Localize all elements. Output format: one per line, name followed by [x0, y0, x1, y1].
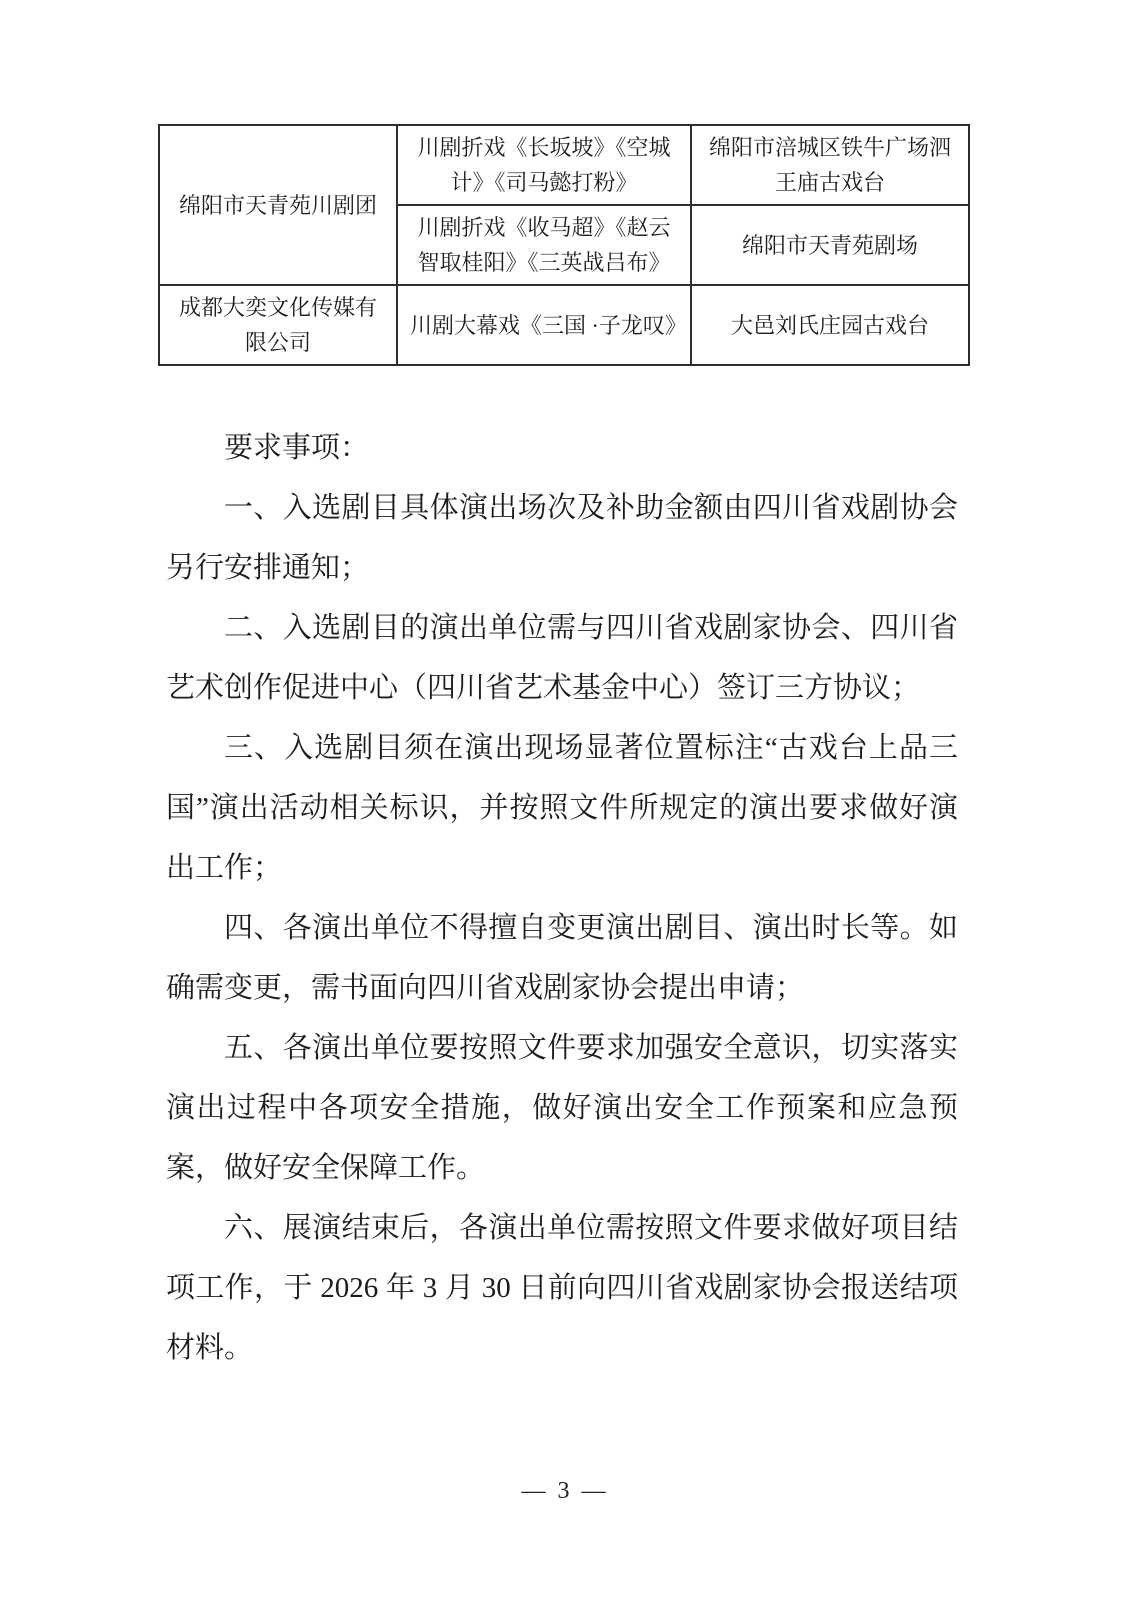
- requirement-item-6: 六、展演结束后，各演出单位需按照文件要求做好项目结项工作，于 2026 年 3 …: [166, 1198, 958, 1378]
- requirements-section: 要求事项： 一、入选剧目具体演出场次及补助金额由四川省戏剧协会另行安排通知； 二…: [166, 418, 958, 1378]
- requirement-item-5: 五、各演出单位要按照文件要求加强安全意识，切实落实演出过程中各项安全措施，做好演…: [166, 1018, 958, 1198]
- table-cell-play: 川剧折戏《长坂坡》《空城计》《司马懿打粉》: [397, 125, 691, 205]
- page-number: — 3 —: [0, 1478, 1130, 1505]
- requirement-item-1: 一、入选剧目具体演出场次及补助金额由四川省戏剧协会另行安排通知；: [166, 478, 958, 598]
- performance-table: 绵阳市天青苑川剧团 川剧折戏《长坂坡》《空城计》《司马懿打粉》 绵阳市涪城区铁牛…: [158, 124, 970, 366]
- table-cell-venue: 大邑刘氏庄园古戏台: [691, 285, 969, 365]
- table-cell-venue: 绵阳市涪城区铁牛广场泗王庙古戏台: [691, 125, 969, 205]
- table-cell-org: 绵阳市天青苑川剧团: [159, 125, 397, 285]
- requirement-item-4: 四、各演出单位不得擅自变更演出剧目、演出时长等。如确需变更，需书面向四川省戏剧家…: [166, 898, 958, 1018]
- table-row: 绵阳市天青苑川剧团 川剧折戏《长坂坡》《空城计》《司马懿打粉》 绵阳市涪城区铁牛…: [159, 125, 969, 205]
- table-cell-play: 川剧大幕戏《三国 ·子龙叹》: [397, 285, 691, 365]
- table-cell-venue: 绵阳市天青苑剧场: [691, 205, 969, 285]
- table-cell-org: 成都大奕文化传媒有限公司: [159, 285, 397, 365]
- document-page: 绵阳市天青苑川剧团 川剧折戏《长坂坡》《空城计》《司马懿打粉》 绵阳市涪城区铁牛…: [0, 0, 1130, 1600]
- table-row: 成都大奕文化传媒有限公司 川剧大幕戏《三国 ·子龙叹》 大邑刘氏庄园古戏台: [159, 285, 969, 365]
- requirement-item-3: 三、入选剧目须在演出现场显著位置标注“古戏台上品三国”演出活动相关标识，并按照文…: [166, 718, 958, 898]
- table-cell-play: 川剧折戏《收马超》《赵云智取桂阳》《三英战吕布》: [397, 205, 691, 285]
- requirement-item-2: 二、入选剧目的演出单位需与四川省戏剧家协会、四川省艺术创作促进中心（四川省艺术基…: [166, 598, 958, 718]
- requirements-heading: 要求事项：: [166, 418, 958, 478]
